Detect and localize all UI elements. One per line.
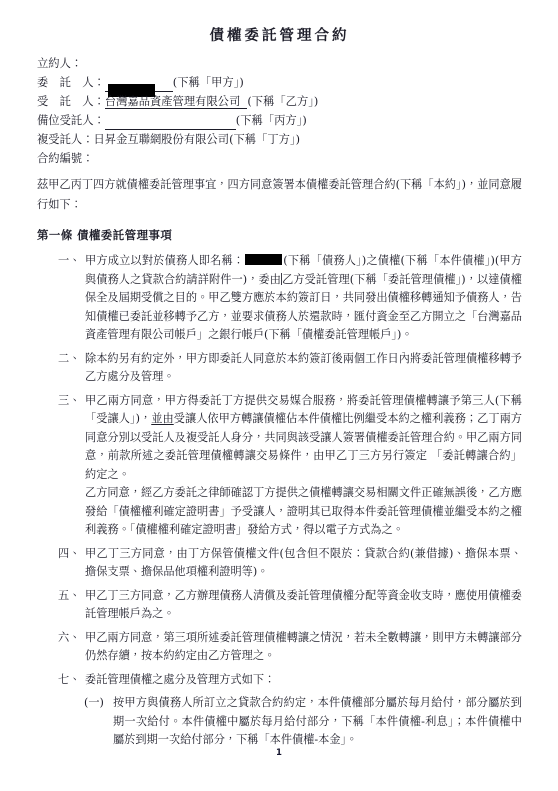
subclause-7-1-text: 按甲方與債務人所訂立之貸款合約約定，本件債權部分屬於每月給付，部分屬於到期一次給… (113, 696, 522, 746)
party-label-principal: 委 託 人： (37, 76, 105, 89)
clause-4-marker: 四、 (58, 545, 80, 564)
subclause-7-1-marker: (一) (84, 694, 104, 713)
party-label-backup-trustee: 備位受託人： (37, 114, 105, 127)
party-label-sub-trustee: 複受託人： (37, 133, 94, 146)
clause-3-marker: 三、 (58, 392, 80, 411)
clause-6-text: 甲乙兩方同意，第三項所述委託管理債權轉讓之情況，若未全數轉讓，則甲方未轉讓部分仍… (85, 631, 522, 663)
party-label-trustee: 受 託 人： (37, 95, 105, 108)
clause-1: 一、甲方成立以對於債務人即名稱：(下稱「債務人」)之債權(下稱「本件債權」)(甲… (37, 252, 522, 345)
clause-1-marker: 一、 (58, 252, 80, 271)
article-1-heading: 第一條 債權委託管理事項 (37, 227, 522, 243)
clause-7: 七、委託管理債權之處分及管理方式如下： (37, 671, 522, 690)
document-title: 債權委託管理合約 (37, 24, 522, 45)
clause-7-marker: 七、 (58, 671, 80, 690)
clause-5: 五、甲乙丁三方同意，乙方辦理債務人清償及委託管理債權分配等資金收支時，應使用債權… (37, 587, 522, 624)
clause-2-marker: 二、 (58, 350, 80, 369)
parties-heading: 立約人： (37, 54, 522, 73)
party-line-sub-trustee: 複受託人：日昇金互聯網股份有限公司(下稱「丁方」) (37, 130, 522, 149)
clause-4: 四、甲乙丁三方同意，由丁方保管債權文件(包含但不限於：貸款合約(兼借據)、擔保本… (37, 545, 522, 582)
page-number: 1 (0, 748, 558, 758)
clause-2-text: 除本約另有約定外，甲方即委託人同意於本約簽訂後兩個工作日內將委託管理債權移轉予乙… (85, 352, 522, 384)
party-suffix-principal: (下稱「甲方」) (173, 76, 244, 89)
party-suffix-backup-trustee: (下稱「丙方」) (236, 114, 307, 127)
party-line-principal: 委 託 人：(下稱「甲方」) (37, 73, 522, 92)
clause-4-text: 甲乙丁三方同意，由丁方保管債權文件(包含但不限於：貸款合約(兼借據)、擔保本票、… (85, 547, 522, 579)
clause-1-text-a: 甲方成立以對於債務人即名稱： (85, 254, 244, 267)
party-value-sub-trustee: 日昇金互聯網股份有限公司(下稱「丁方」) (94, 133, 301, 146)
party-line-backup-trustee: 備位受託人：(下稱「丙方」) (37, 111, 522, 130)
party-value-underline-principal (105, 78, 173, 92)
clause-3-paragraph-2: 乙方同意，經乙方委託之律師確認丁方提供之債權轉讓交易相關文件正確無誤後，乙方應發… (85, 484, 522, 540)
clause-5-text: 甲乙丁三方同意，乙方辦理債務人清償及委託管理債權分配等資金收支時，應使用債權委託… (85, 589, 522, 621)
clause-6-marker: 六、 (58, 629, 80, 648)
subclause-7-1: (一)按甲方與債務人所訂立之貸款合約約定，本件債權部分屬於每月給付，部分屬於到期… (37, 694, 522, 750)
clause-5-marker: 五、 (58, 587, 80, 606)
party-line-trustee: 受 託 人：台灣嘉品資產管理有限公司(下稱「乙方」) (37, 92, 522, 111)
contract-document-page: 債權委託管理合約 立約人： 委 託 人：(下稱「甲方」) 受 託 人：台灣嘉品資… (0, 0, 558, 791)
party-value-trustee: 台灣嘉品資產管理有限公司 (105, 95, 248, 109)
clause-2: 二、除本約另有約定外，甲方即委託人同意於本約簽訂後兩個工作日內將委託管理債權移轉… (37, 350, 522, 387)
contract-number-line: 合約編號： (37, 149, 522, 168)
underlined-text: 並由 (151, 412, 173, 425)
party-suffix-trustee: (下稱「乙方」) (247, 95, 318, 108)
redaction-box (245, 254, 282, 265)
clause-7-text: 委託管理債權之處分及管理方式如下： (85, 673, 275, 686)
clause-3: 三、甲乙兩方同意，甲方得委託丁方提供交易媒合服務，將委託管理債權轉讓予第三人(下… (37, 392, 522, 540)
party-value-underline-backup (105, 116, 236, 130)
clause-6: 六、甲乙兩方同意，第三項所述委託管理債權轉讓之情況，若未全數轉讓，則甲方未轉讓部… (37, 629, 522, 666)
recital-paragraph: 茲甲乙丙丁四方就債權委託管理事宜，四方同意簽署本債權委託管理合約(下稱「本約」)… (37, 175, 522, 214)
